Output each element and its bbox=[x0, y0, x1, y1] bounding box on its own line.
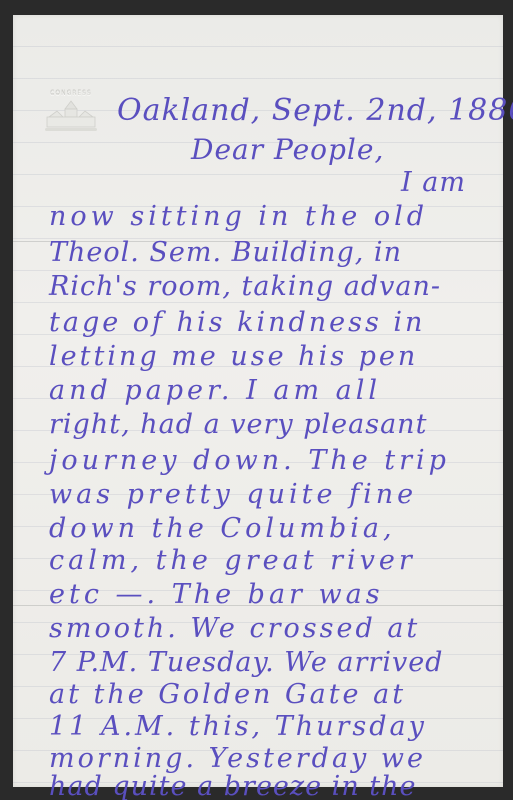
letter-line: etc —. The bar was bbox=[49, 579, 384, 610]
letter-line: journey down. The trip bbox=[49, 445, 450, 476]
letter-line: was pretty quite fine bbox=[49, 479, 417, 510]
letter-line: and paper. I am all bbox=[49, 375, 381, 406]
letter-line: I am bbox=[401, 167, 466, 198]
letter-line: Rich's room, taking advan- bbox=[49, 271, 441, 302]
letter-line: at the Golden Gate at bbox=[49, 679, 406, 710]
letter-line: letting me use his pen bbox=[49, 341, 418, 372]
letter-line: 7 P.M. Tuesday. We arrived bbox=[49, 647, 443, 678]
letter-line: tage of his kindness in bbox=[49, 307, 425, 338]
letter-line: smooth. We crossed at bbox=[49, 613, 420, 644]
letter-line: Theol. Sem. Building, in bbox=[49, 237, 402, 268]
letter-line: down the Columbia, bbox=[49, 513, 396, 544]
letter-heading: Oakland, Sept. 2nd, 1880 bbox=[117, 93, 513, 128]
letter-salutation: Dear People, bbox=[191, 133, 384, 166]
capitol-building-icon bbox=[43, 99, 99, 133]
letter-line: right, had a very pleasant bbox=[49, 409, 427, 440]
emboss-text: CONGRESS bbox=[41, 90, 101, 97]
letter-line: calm, the great river bbox=[49, 545, 416, 576]
letterhead-emboss: CONGRESS bbox=[41, 90, 101, 140]
letter-line: 11 A.M. this, Thursday bbox=[49, 711, 427, 742]
letter-line: had quite a breeze in the bbox=[49, 771, 417, 800]
letter-line: morning. Yesterday we bbox=[49, 743, 426, 774]
letter-page: CONGRESS Oakland, Sept. 2nd, 1880 Dear P… bbox=[13, 15, 503, 787]
letter-line: now sitting in the old bbox=[49, 201, 428, 232]
